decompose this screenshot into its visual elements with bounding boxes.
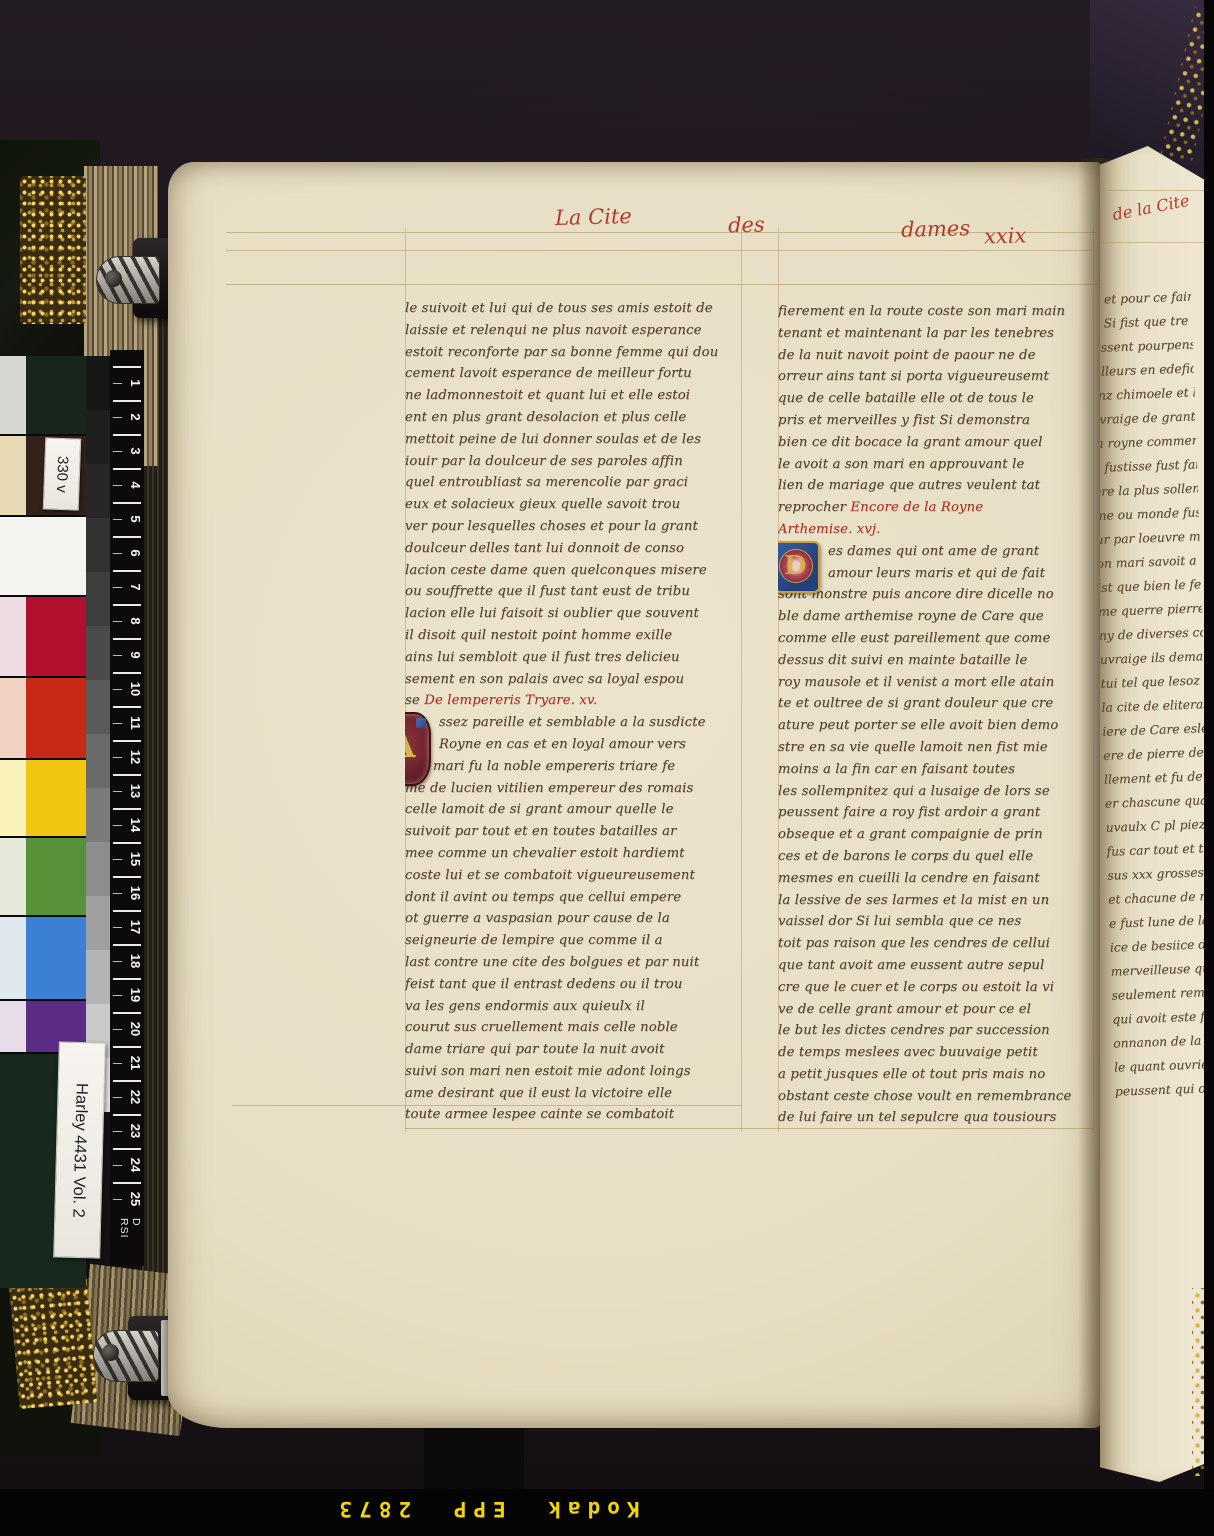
text-line: lacion elle lui faisoit si oublier que s… [405, 603, 742, 625]
color-patch-outer [0, 760, 26, 836]
manuscript-page: La Cite des dames xxix le suivoit et lui… [168, 162, 1103, 1428]
facing-text-fragments: ut et pour ce faire nespm Si fist que tr… [1087, 284, 1214, 1272]
text-line: eux et solacieux gieux quelle savoit tro… [405, 494, 742, 516]
ruling-line [226, 250, 1096, 251]
text-block: le suivoit et lui qui de tous ses amis e… [405, 298, 742, 690]
text-line: pris et merveilles y fist Si demonstra [778, 410, 1094, 432]
text-line-fragment: fus car tout et tres [1106, 836, 1211, 864]
text-line: ssez pareille et semblable a la susdicte [405, 712, 742, 734]
ruler-cell: 10 [110, 672, 144, 706]
color-patch-row [0, 836, 86, 915]
chapter-rubric: Arthemise. xvj. [778, 519, 1094, 541]
text-line-fragment: ere la plus sollempnel [1094, 476, 1199, 504]
grayscale-step [86, 734, 110, 788]
text-line: lacion ceste dame quen quelconques miser… [405, 560, 742, 582]
text-line-fragment: ut et pour ce faire nesp [1087, 284, 1192, 312]
film-stock-marking: Kodak EPP 2873 [286, 1497, 686, 1521]
color-patch-row [0, 515, 86, 595]
ruling-line [1100, 190, 1206, 191]
ruler-cell: 2 [110, 400, 144, 434]
ruler-number: 9 [128, 651, 143, 658]
color-patch-outer [0, 597, 26, 676]
chapter-rubric: Encore de la Royne [850, 500, 983, 515]
text-line-fragment: ice de besiice dont l [1109, 932, 1214, 960]
color-patch-row [0, 915, 86, 999]
text-line: peussent faire a roy fist ardoir a grant [778, 802, 1094, 824]
color-patch-outer [0, 517, 26, 595]
grayscale-step [86, 410, 110, 464]
text-line: Royne en cas et en loyal amour vers [405, 734, 742, 756]
ruler-number: 8 [128, 617, 143, 624]
text-line-fragment: la royne comment elle bo [1092, 428, 1197, 456]
rubric-line: reprocher Encore de la Royne [778, 497, 1094, 519]
text-block: fierement en la route coste son mari mai… [778, 301, 1094, 497]
text-line: es dames qui ont ame de grant [778, 541, 1094, 563]
text-line: suivi son mari nen estoit mie adont loin… [405, 1061, 742, 1083]
color-patch-inner [26, 838, 86, 915]
ruler-footer: D RSI [110, 1216, 144, 1246]
text-line-fragment: tui tel que lesoz [1100, 668, 1205, 696]
text-line-fragment: uvraige de grant excellente [1091, 404, 1196, 432]
color-patch-outer [0, 1054, 26, 1288]
grayscale-step [86, 842, 110, 896]
ruler-cell: 14 [110, 808, 144, 842]
text-line-fragment: uissent pourpenser et fau [1089, 332, 1194, 360]
text-line: comme elle eust pareillement que come [778, 628, 1094, 650]
text-block: ssez pareille et semblable a la susdicte… [405, 712, 742, 1126]
text-line: ver pour lesquelles choses et pour la gr… [405, 516, 742, 538]
color-patch-inner [26, 356, 86, 434]
text-line: fierement en la route coste son mari mai… [778, 301, 1094, 323]
text-line: lien de mariage que autres veulent tat [778, 475, 1094, 497]
gilt-edge-bottom [9, 1275, 98, 1409]
text-line: que de celle bataille elle ot de tous le [778, 388, 1094, 410]
text-line: bien ce dit bocace la grant amour quel [778, 432, 1094, 454]
color-patch-outer [0, 678, 26, 758]
text-line-fragment: ist que bien le ferem [1097, 572, 1202, 600]
ruler-number: 20 [128, 1022, 143, 1036]
text-line-fragment: ere de pierre de marbre [1103, 740, 1208, 768]
rubric-line: se De lempereris Tryare. xv. [405, 690, 742, 712]
text-line: obstant ceste chose voult en remembrance [778, 1086, 1094, 1108]
grayscale-step [86, 572, 110, 626]
text-line: feist tant que il entrast dedens ou il t… [405, 974, 742, 996]
text-line: cre que le cuer et le corps ou estoit la… [778, 977, 1094, 999]
ruler-cell: 1 [110, 366, 144, 400]
text-line-fragment: la cite de eliterase qu [1101, 692, 1206, 720]
ruler-cell: 5 [110, 502, 144, 536]
text-line: cement lavoit esperance de meilleur fort… [405, 363, 742, 385]
text-line: tenant et maintenant la par les tenebres [778, 323, 1094, 345]
running-header-number: xxix [984, 223, 1027, 248]
ruler-number: 17 [128, 920, 143, 934]
text-line: sont monstre puis ancore dire dicelle no [778, 584, 1094, 606]
text-line: le suivoit et lui qui de tous ses amis e… [405, 298, 742, 320]
ruler-number: 4 [128, 481, 143, 488]
ruler-number: 2 [128, 413, 143, 420]
text-line: suivoit par tout et en toutes batailles … [405, 821, 742, 843]
text-line: de la nuit navoit point de paour ne de [778, 345, 1094, 367]
ruler-cell: 19 [110, 978, 144, 1012]
text-line-fragment: iere de Care esleuere [1102, 716, 1207, 744]
text-line: dont il avint ou temps que cellui empere [405, 887, 742, 909]
text-line-fragment: e fustisse fust fait au roy [1093, 452, 1198, 480]
ruler-cell: 12 [110, 740, 144, 774]
ruler-cell: 8 [110, 604, 144, 638]
text-line: de lui faire un tel sepulcre qua tousiou… [778, 1107, 1094, 1129]
color-patch-inner [26, 678, 86, 758]
chapter-rubric: De lempereris Tryare. xv. [424, 693, 597, 708]
grayscale-step [86, 518, 110, 572]
text-line: que tant avoit ame eussent autre sepul [778, 955, 1094, 977]
color-patch-row [0, 676, 86, 758]
ruler-cell: 16 [110, 876, 144, 910]
text-line: seigneurie de lempire que comme il a [405, 930, 742, 952]
text-line: ces et de barons le corps du quel elle [778, 846, 1094, 868]
frame-edge-right [1204, 0, 1214, 1536]
color-patch-inner [26, 917, 86, 999]
text-line: les sollempnitez qui a lusaige de lors s… [778, 781, 1094, 803]
text-line-fragment: ailleurs en edefice cest as [1089, 356, 1194, 384]
text-line: mee comme un chevalier estoit hardiemt [405, 843, 742, 865]
color-patch-outer [0, 838, 26, 915]
text-line: ains lui sembloit que il fust tres delic… [405, 647, 742, 669]
ruler-cell: 24 [110, 1148, 144, 1182]
grayscale-step [86, 680, 110, 734]
color-patch-outer [0, 1001, 26, 1052]
page-clip-bottom-metal [93, 1330, 159, 1382]
gilt-edge-top [20, 176, 86, 324]
text-line: coste lui et se combatoit vigueureusemen… [405, 865, 742, 887]
ruler-cell: 21 [110, 1046, 144, 1080]
ruler-number: 16 [128, 886, 143, 900]
color-patch-outer [0, 917, 26, 999]
grayscale-step [86, 626, 110, 680]
text-line-fragment: seulement remembrance [1111, 980, 1214, 1008]
ruler-number: 13 [128, 784, 143, 798]
grayscale-strip [86, 356, 110, 1112]
text-block: es dames qui ont ame de grantamour leurs… [778, 541, 1094, 1130]
cradle-strap [424, 1420, 524, 1490]
text-line: mesmes en cueilli la cendre en faisant [778, 868, 1094, 890]
shelfmark-label: Harley 4431 Vol. 2 [53, 1041, 106, 1258]
color-patch-inner [26, 597, 86, 676]
illuminated-initial-A: A [405, 712, 431, 786]
text-line-fragment: uvraige ils demanderent [1099, 644, 1204, 672]
text-line-fragment: sus xxx grosses co [1107, 860, 1212, 888]
text-line-fragment: ur par loeuvre merveille [1095, 524, 1200, 552]
ruler-number: 15 [128, 852, 143, 866]
ruler-cell: 11 [110, 706, 144, 740]
manuscript-photograph: 1 2 3 4 5 6 7 8 9 10 [0, 0, 1214, 1536]
ruler-number: 18 [128, 954, 143, 968]
running-header-word: des [728, 213, 765, 238]
facing-page-edge: de la Cite ut et pour ce faire nespm Si … [1100, 146, 1206, 1482]
text-line: ature peut porter se elle avoit bien dem… [778, 715, 1094, 737]
ruler-cell: 3 [110, 434, 144, 468]
folio-number-label: 330 v [43, 437, 81, 510]
ruler-number: 5 [128, 515, 143, 522]
text-line-fragment: qui avoit este faicte [1112, 1004, 1214, 1032]
text-line: son mari fu la noble empereris triare fe [405, 756, 742, 778]
grayscale-step [86, 464, 110, 518]
text-line: doulceur delles tant lui donnoit de cons… [405, 538, 742, 560]
text-line-fragment: merveilleuse quelle ne [1110, 956, 1214, 984]
text-line: le avoit a son mari en approuvant le [778, 454, 1094, 476]
text-line: me de lucien vitilien empereur des romai… [405, 778, 742, 800]
text-line-fragment: e fust lune de lautre [1109, 908, 1214, 936]
text-line: ble dame arthemise royne de Care que [778, 606, 1094, 628]
text-line-fragment: et chacune de mi [1108, 884, 1213, 912]
grayscale-step [86, 356, 110, 410]
text-line: toit pas raison que les cendres de cellu… [778, 933, 1094, 955]
text-line: ame desirant que il eust la victoire ell… [405, 1083, 742, 1105]
text-line-fragment: onnanon de la soubtivite [1113, 1028, 1214, 1056]
text-line: ne ladmonnestoit et quant lui et elle es… [405, 385, 742, 407]
text-line: de temps meslees avec buuvaige petit [778, 1042, 1094, 1064]
grayscale-step [86, 950, 110, 1004]
photographic-ruler: 1 2 3 4 5 6 7 8 9 10 [110, 350, 144, 1266]
ruler-number: 14 [128, 818, 143, 832]
color-patch-row [0, 356, 86, 434]
ruler-footer-label: D RSI [118, 1218, 142, 1246]
text-line-fragment: uvaulx C pl piez et pl [1105, 812, 1210, 840]
text-line-fragment: ny de diverses coulo [1099, 620, 1204, 648]
text-line-fragment: llement et fu de q [1104, 764, 1209, 792]
ruler-cell: 20 [110, 1012, 144, 1046]
text-line-fragment: er chascune quarre o [1104, 788, 1209, 816]
ruler-cell: 15 [110, 842, 144, 876]
ruler-number: 12 [128, 750, 143, 764]
ruler-number: 21 [128, 1056, 143, 1070]
text-line: ve de celle grant amour et pour ce el [778, 999, 1094, 1021]
text-line: roy mausole et il venist a mort elle ata… [778, 672, 1094, 694]
ruler-cell: 22 [110, 1080, 144, 1114]
ruler-cell: 17 [110, 910, 144, 944]
text-line: courut sus cruellement mais celle noble [405, 1017, 742, 1039]
text-line: mettoit peine de lui donner soulas et de… [405, 429, 742, 451]
ruler-cell: 18 [110, 944, 144, 978]
running-header-word: dames [901, 216, 971, 242]
text-line: moins a la fin car en faisant toutes [778, 759, 1094, 781]
text-line: la lessive de ses larmes et la mist en u… [778, 890, 1094, 912]
text-line: ou souffrette que il fust tant eust de t… [405, 581, 742, 603]
color-patch-inner [26, 760, 86, 836]
page-clip-top-metal [96, 256, 160, 304]
text-line: te et oultree de si grant douleur que cr… [778, 693, 1094, 715]
text-line: le but les dictes cendres par succession [778, 1020, 1094, 1042]
text-line: stre en sa vie quelle lamoit nen fist mi… [778, 737, 1094, 759]
color-patch-inner [26, 517, 86, 595]
text-line-fragment: on mari savoit a tous [1096, 548, 1201, 576]
ruling-line [226, 284, 1098, 285]
color-patch-outer [0, 436, 26, 515]
text-line: celle lamoit de si grant amour quelle le [405, 799, 742, 821]
text-line-fragment: le quant ouvrier ont [1114, 1052, 1214, 1080]
ruler-cell: 6 [110, 536, 144, 570]
ruler-number: 6 [128, 549, 143, 556]
ruler-cell: 25 [110, 1182, 144, 1216]
text-line: va les gens endormis aux quieulx il [405, 996, 742, 1018]
text-line: last contre une cite des bolgues et par … [405, 952, 742, 974]
text-line: estoit reconforte par sa bonne femme qui… [405, 342, 742, 364]
ruler-cell: 13 [110, 774, 144, 808]
ruling-line [1100, 242, 1206, 243]
ruler-cell: 23 [110, 1114, 144, 1148]
text-line: toute armee lespee cainte se combatoit [405, 1104, 742, 1126]
color-patch-outer [0, 356, 26, 434]
ruler-number: 22 [128, 1090, 143, 1104]
text-line: dessus dit suivi en mainte bataille le [778, 650, 1094, 672]
text-line: amour leurs maris et qui de fait [778, 563, 1094, 585]
grayscale-step [86, 788, 110, 842]
ruler-number: 3 [128, 447, 143, 454]
ruler-number: 19 [128, 988, 143, 1002]
text-column-left: le suivoit et lui qui de tous ses amis e… [405, 298, 742, 1126]
text-line: obseque et a grant compaignie de prin [778, 824, 1094, 846]
text-column-right: fierement en la route coste son mari mai… [778, 301, 1094, 1129]
ruler-number: 10 [128, 682, 143, 696]
text-line-fragment: m Si fist que tre ramo [1088, 308, 1193, 336]
color-patch-row [0, 758, 86, 836]
ruler-cell: 7 [110, 570, 144, 604]
text-line: ent en plus grant desolacion et plus cel… [405, 407, 742, 429]
running-header-word: La Cite [555, 204, 632, 230]
ruler-number: 11 [128, 716, 143, 730]
ruler-cell: 9 [110, 638, 144, 672]
ruler-number: 24 [128, 1158, 143, 1172]
text-line-fragment: peussent qui ot nom [1114, 1076, 1214, 1104]
text-line: vaissel dor Si lui sembla que ce nes [778, 911, 1094, 933]
ruler-cell: 4 [110, 468, 144, 502]
text-line: orreur ains tant si porta vigueureusemt [778, 366, 1094, 388]
text-line-fragment: me querre pierre de [1098, 596, 1203, 624]
text-line: laissie et relenqui ne plus navoit esper… [405, 320, 742, 342]
text-line: ot guerre a vaspasian pour cause de la [405, 908, 742, 930]
text-line: iouir par la doulceur de ses paroles aff… [405, 451, 742, 473]
ruler-number: 1 [128, 379, 143, 386]
text-line: a petit jusques elle ot tout pris mais n… [778, 1064, 1094, 1086]
text-line: dame triare qui par toute la nuit avoit [405, 1039, 742, 1061]
text-line-fragment: me ou monde fust cel [1094, 500, 1199, 528]
ruler-number: 25 [128, 1192, 143, 1206]
text-line: sement en son palais avec sa loyal espou [405, 669, 742, 691]
text-line-fragment: anz chimoele et leothane [1090, 380, 1195, 408]
ruler-scale: 1 2 3 4 5 6 7 8 9 10 [110, 366, 144, 1216]
facing-running-header: de la Cite [1111, 191, 1191, 224]
text-line: quel entroubliast sa merencolie par grac… [405, 472, 742, 494]
ruler-number: 23 [128, 1124, 143, 1138]
color-patch-row [0, 595, 86, 676]
text-line: il disoit quil nestoit point homme exill… [405, 625, 742, 647]
illuminated-initial-D: D [778, 541, 820, 593]
grayscale-step [86, 896, 110, 950]
film-edge-bar: Kodak EPP 2873 [0, 1489, 1214, 1536]
ruler-number: 7 [128, 583, 143, 590]
